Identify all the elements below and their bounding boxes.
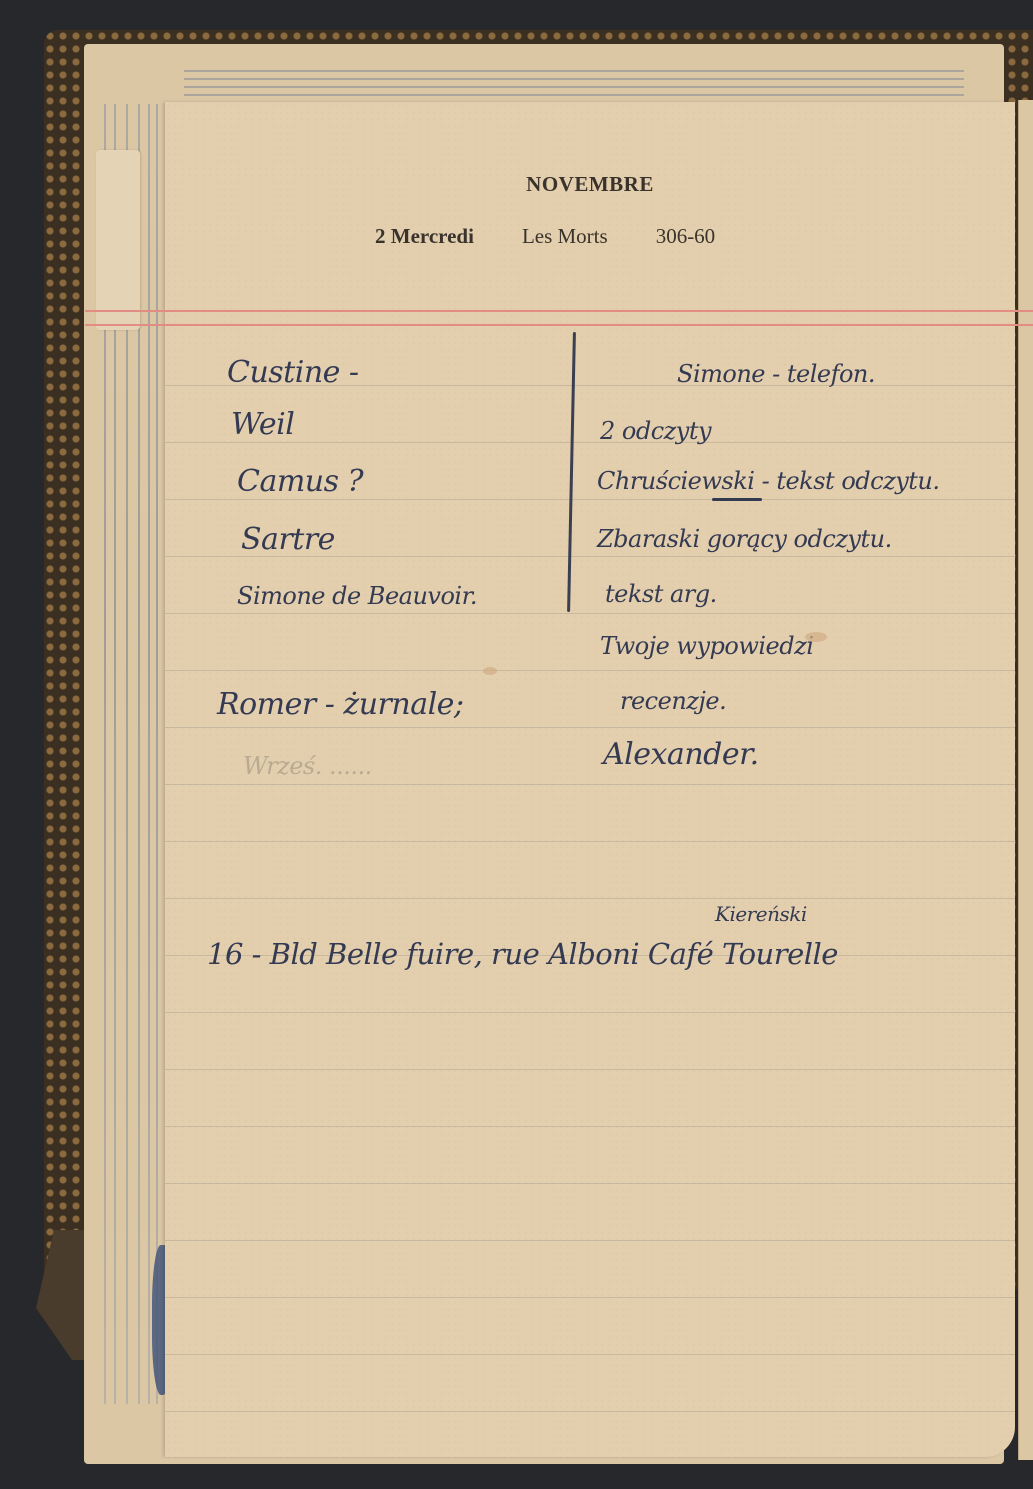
page-edge: [184, 78, 964, 80]
page-edge: [184, 94, 964, 96]
ruled-line: [165, 1126, 1015, 1127]
column-divider: [567, 332, 576, 612]
ruled-line: [165, 1012, 1015, 1013]
handwritten-line: Simone - telefon.: [677, 360, 875, 388]
faded-handwriting: Wrześ. ......: [243, 752, 372, 780]
handwritten-line: Zbaraski gorący odczytu.: [597, 525, 892, 553]
torn-page-tab: [96, 150, 140, 330]
page-edge: [148, 104, 150, 1404]
handwritten-line: 2 odczyty: [600, 417, 711, 445]
handwritten-line: Simone de Beauvoir.: [237, 582, 477, 610]
facing-page-edge: [1018, 100, 1033, 1460]
ruled-line: [165, 1183, 1015, 1184]
ruled-line: [165, 442, 1015, 443]
page-edge: [184, 70, 964, 72]
handwritten-line: Alexander.: [603, 737, 759, 772]
printed-date-line: 2 Mercredi Les Morts 306-60: [375, 224, 715, 249]
paper-stain: [805, 632, 827, 642]
handwritten-line: Weil: [231, 407, 294, 442]
printed-month: NOVEMBRE: [165, 172, 1015, 197]
ruled-line: [165, 898, 1015, 899]
superscript-note: Kiereński: [715, 902, 807, 926]
handwritten-line: tekst arg.: [605, 580, 717, 608]
ruled-line: [165, 1411, 1015, 1412]
ruled-line: [165, 1240, 1015, 1241]
ruled-line: [165, 727, 1015, 728]
handwritten-line: Chruściewski - tekst odczytu.: [597, 467, 940, 495]
ruled-line: [165, 1069, 1015, 1070]
handwritten-line: Camus ?: [237, 464, 363, 499]
printed-day-of-year: 306-60: [656, 224, 716, 249]
handwritten-line: Sartre: [241, 522, 335, 557]
handwritten-line: Custine -: [227, 355, 359, 390]
ruled-line: [165, 784, 1015, 785]
page-edge: [184, 86, 964, 88]
handwritten-line: Twoje wypowiedzi: [600, 632, 813, 660]
printed-feast: Les Morts: [522, 224, 608, 249]
handwritten-address-line: 16 - Bld Belle fuire, rue Alboni Café To…: [207, 937, 838, 971]
printed-day: 2 Mercredi: [375, 224, 474, 249]
handwritten-line: recenzje.: [620, 687, 726, 715]
diary-page: NOVEMBRE 2 Mercredi Les Morts 306-60 Cus…: [165, 102, 1015, 1457]
red-rule-bottom: [85, 324, 1033, 326]
underline-mark: [712, 498, 762, 501]
handwritten-line: Romer - żurnale;: [217, 687, 464, 722]
paper-stain: [483, 667, 497, 675]
ruled-line: [165, 1354, 1015, 1355]
ruled-line: [165, 1297, 1015, 1298]
ruled-line: [165, 613, 1015, 614]
page-edge: [156, 104, 158, 1404]
ruled-line: [165, 841, 1015, 842]
ruled-line: [165, 670, 1015, 671]
ruled-line: [165, 499, 1015, 500]
red-rule-top: [85, 310, 1033, 312]
